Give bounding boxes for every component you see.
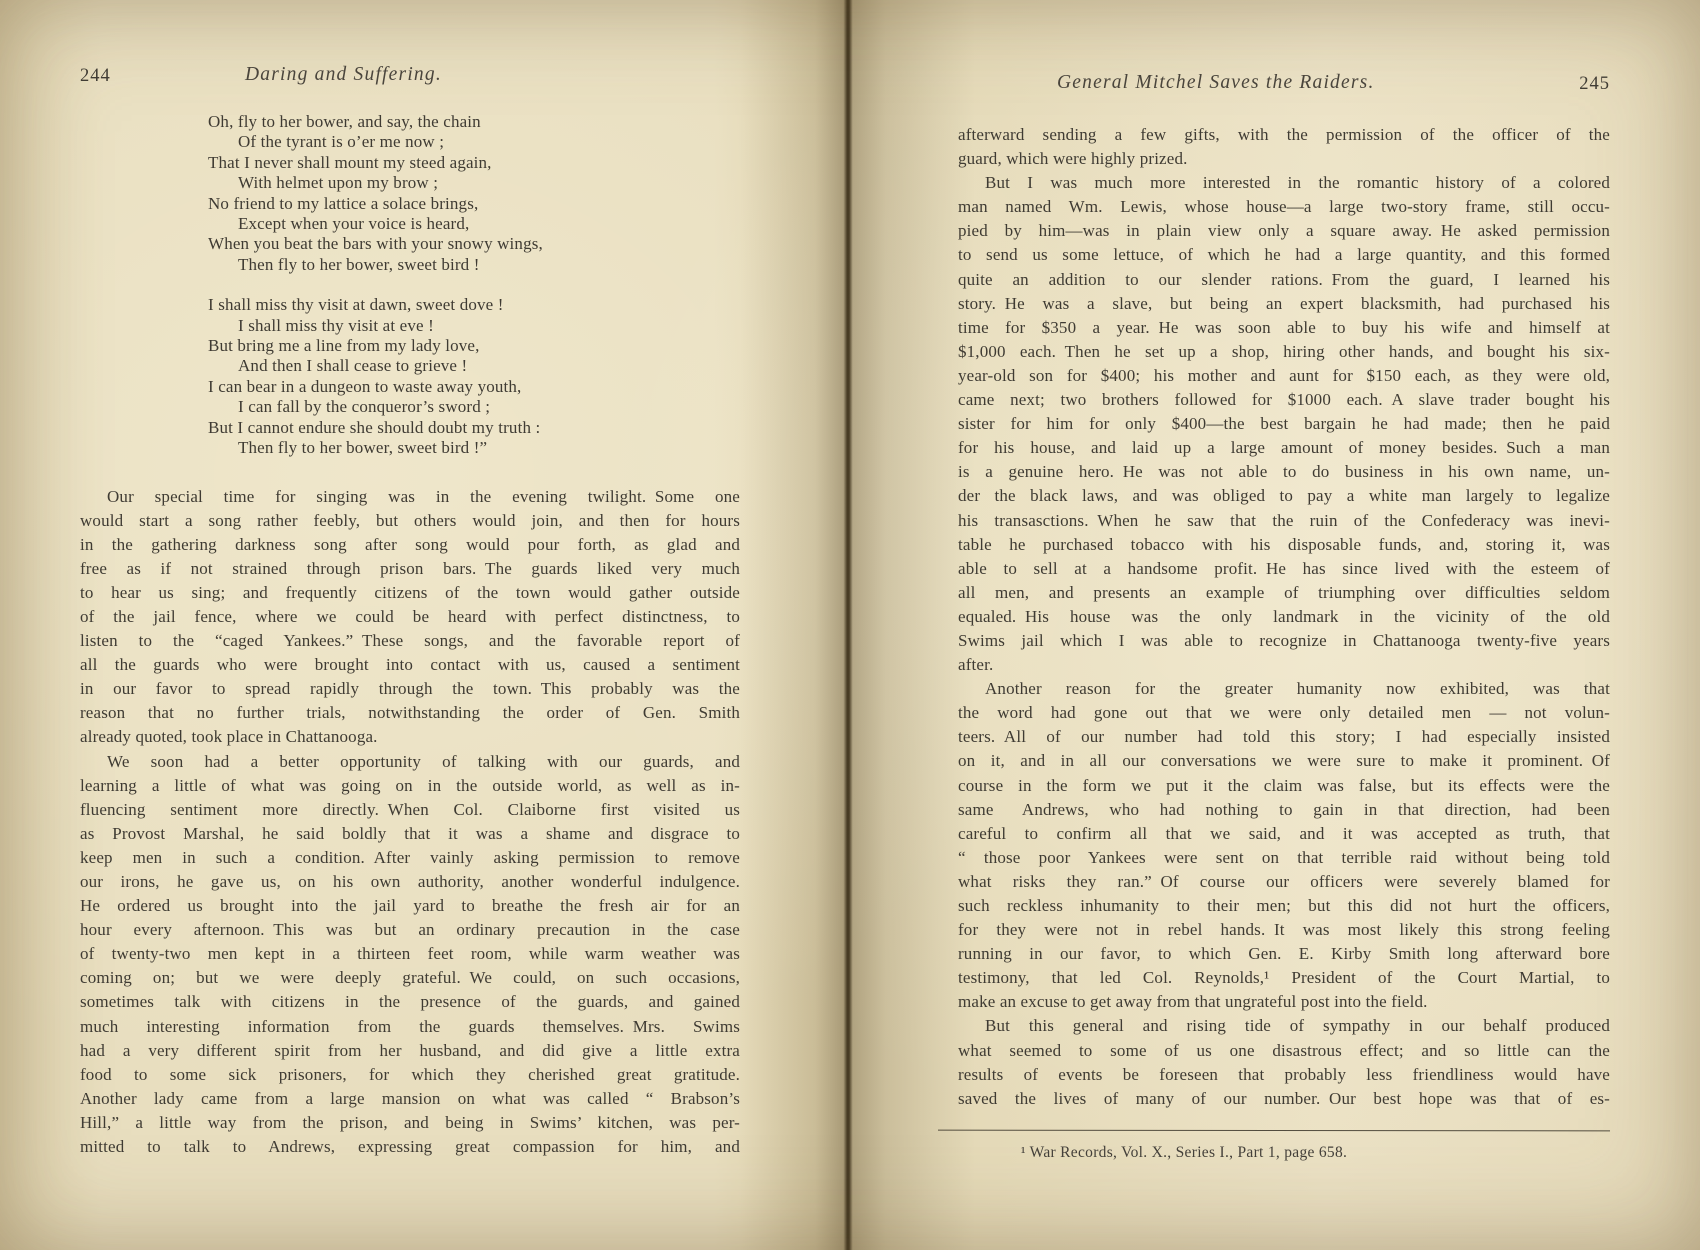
- text-line: story. He was a slave, but being an expe…: [958, 292, 1610, 316]
- text-line: With helmet upon my brow ;: [238, 173, 740, 193]
- text-line: equaled. His house was the only landmark…: [958, 605, 1610, 629]
- text-line: Of the tyrant is o’er me now ;: [238, 132, 740, 152]
- text-line: results of events be foreseen that proba…: [958, 1063, 1610, 1087]
- text-line: the word had gone out that we were only …: [958, 701, 1610, 725]
- footnote-text: ¹ War Records, Vol. X., Series I., Part …: [958, 1144, 1410, 1162]
- footnote-rule: [938, 1130, 1610, 1132]
- right-page: 245 General Mitchel Saves the Raiders. a…: [958, 0, 1610, 1250]
- text-line: all the guards who were brought into con…: [80, 653, 740, 677]
- text-line: But bring me a line from my lady love,: [208, 336, 740, 356]
- text-line: make an excuse to get away from that ung…: [958, 990, 1610, 1014]
- text-line: already quoted, took place in Chattanoog…: [80, 725, 740, 749]
- text-line: But this general and rising tide of symp…: [958, 1014, 1610, 1038]
- text-line: quite an addition to our slender rations…: [958, 268, 1610, 292]
- text-line: in the gathering darkness song after son…: [80, 533, 740, 557]
- text-line: mitted to talk to Andrews, expressing gr…: [80, 1135, 740, 1159]
- text-line: to send us some lettuce, of which he had…: [958, 243, 1610, 267]
- text-line: running in our favor, to which Gen. E. K…: [958, 942, 1610, 966]
- text-line: I shall miss thy visit at dawn, sweet do…: [208, 295, 740, 315]
- text-line: Oh, fly to her bower, and say, the chain: [208, 112, 740, 132]
- text-line: sometimes talk with citizens in the pres…: [80, 990, 740, 1014]
- text-line: of twenty-two men kept in a thirteen fee…: [80, 942, 740, 966]
- text-line: on it, and in all our conversations we w…: [958, 749, 1610, 773]
- left-page: 244 Daring and Suffering. Oh, fly to her…: [80, 0, 740, 1250]
- text-line: what risks they ran.” Of course our offi…: [958, 870, 1610, 894]
- text-line: learning a little of what was going on i…: [80, 774, 740, 798]
- text-line: teers. All of our number had told this s…: [958, 725, 1610, 749]
- text-line: careful to confirm all that we said, and…: [958, 822, 1610, 846]
- text-line: afterward sending a few gifts, with the …: [958, 123, 1610, 147]
- text-line: much interesting information from the gu…: [80, 1015, 740, 1039]
- text-line: had a very different spirit from her hus…: [80, 1039, 740, 1063]
- text-line: Another lady came from a large mansion o…: [80, 1087, 740, 1111]
- text-line: But I was much more interested in the ro…: [958, 171, 1610, 195]
- book-spread: 244 Daring and Suffering. Oh, fly to her…: [0, 0, 1700, 1250]
- text-line: is a genuine hero. He was not able to do…: [958, 460, 1610, 484]
- text-line: our irons, he gave us, on his own author…: [80, 870, 740, 894]
- text-line: year-old son for $400; his mother and au…: [958, 364, 1610, 388]
- text-line: “ those poor Yankees were sent on that t…: [958, 846, 1610, 870]
- text-line: would start a song rather feebly, but ot…: [80, 509, 740, 533]
- text-line: table he purchased tobacco with his disp…: [958, 533, 1610, 557]
- text-line: Then fly to her bower, sweet bird !”: [238, 438, 740, 458]
- text-line: But I cannot endure she should doubt my …: [208, 418, 740, 438]
- text-line: saved the lives of many of our number. O…: [958, 1087, 1610, 1111]
- text-line: time for $350 a year. He was soon able t…: [958, 316, 1610, 340]
- text-line: sister for him for only $400—the best ba…: [958, 412, 1610, 436]
- text-line: his transasctions. When he saw that the …: [958, 509, 1610, 533]
- text-line: as Provost Marshal, he said boldly that …: [80, 822, 740, 846]
- text-line: guard, which were highly prized.: [958, 147, 1610, 171]
- text-line: $1,000 each. Then he set up a shop, hiri…: [958, 340, 1610, 364]
- text-line: came next; two brothers followed for $10…: [958, 388, 1610, 412]
- text-line: testimony, that led Col. Reynolds,¹ Pres…: [958, 966, 1610, 990]
- text-line: man named Wm. Lewis, whose house—a large…: [958, 195, 1610, 219]
- text-line: free as if not strained through prison b…: [80, 557, 740, 581]
- text-line: all men, and presents an example of triu…: [958, 581, 1610, 605]
- running-head-right: General Mitchel Saves the Raiders.: [1057, 72, 1375, 94]
- page-number-left: 244: [80, 66, 111, 87]
- text-line: [80, 275, 740, 295]
- text-line: I can bear in a dungeon to waste away yo…: [208, 377, 740, 397]
- text-line: Except when your voice is heard,: [238, 214, 740, 234]
- text-line: food to some sick prisoners, for which t…: [80, 1063, 740, 1087]
- text-line: such reckless inhumanity to their men; b…: [958, 894, 1610, 918]
- text-line: after.: [958, 653, 1610, 677]
- text-line: We soon had a better opportunity of talk…: [80, 750, 740, 774]
- text-line: course in the form we put it the claim w…: [958, 774, 1610, 798]
- page-number-right: 245: [1579, 74, 1610, 95]
- text-line: of the jail fence, where we could be hea…: [80, 605, 740, 629]
- text-line: coming on; but we were deeply grateful. …: [80, 966, 740, 990]
- text-line: pied by him—was in plain view only a squ…: [958, 219, 1610, 243]
- text-line: to hear us sing; and frequently citizens…: [80, 581, 740, 605]
- text-line: [80, 459, 740, 485]
- text-line: for his house, and laid up a large amoun…: [958, 436, 1610, 460]
- text-line: for they were not in rebel hands. It was…: [958, 918, 1610, 942]
- text-line: He ordered us brought into the jail yard…: [80, 894, 740, 918]
- text-line: able to sell at a handsome profit. He ha…: [958, 557, 1610, 581]
- text-line: reason that no further trials, notwithst…: [80, 701, 740, 725]
- text-line: When you beat the bars with your snowy w…: [208, 234, 740, 254]
- text-line: Swims jail which I was able to recognize…: [958, 629, 1610, 653]
- text-line: Our special time for singing was in the …: [80, 485, 740, 509]
- text-line: Then fly to her bower, sweet bird !: [238, 255, 740, 275]
- text-line: Another reason for the greater humanity …: [958, 677, 1610, 701]
- text-line: No friend to my lattice a solace brings,: [208, 194, 740, 214]
- text-line: der the black laws, and was obliged to p…: [958, 484, 1610, 508]
- text-line: That I never shall mount my steed again,: [208, 153, 740, 173]
- text-line: I can fall by the conqueror’s sword ;: [238, 397, 740, 417]
- text-line: Hill,” a little way from the prison, and…: [80, 1111, 740, 1135]
- text-line: fluencing sentiment more directly. When …: [80, 798, 740, 822]
- right-page-body: afterward sending a few gifts, with the …: [958, 123, 1610, 1111]
- text-line: And then I shall cease to grieve !: [238, 356, 740, 376]
- text-line: what seemed to some of us one disastrous…: [958, 1039, 1610, 1063]
- left-page-body: Oh, fly to her bower, and say, the chain…: [80, 112, 740, 1159]
- running-head-left: Daring and Suffering.: [245, 64, 442, 86]
- text-line: I shall miss thy visit at eve !: [238, 316, 740, 336]
- text-line: same Andrews, who had nothing to gain in…: [958, 798, 1610, 822]
- text-line: keep men in such a condition. After vain…: [80, 846, 740, 870]
- page-gutter-shadow: [740, 0, 975, 1250]
- text-line: listen to the “caged Yankees.” These son…: [80, 629, 740, 653]
- text-line: hour every afternoon. This was but an or…: [80, 918, 740, 942]
- text-line: in our favor to spread rapidly through t…: [80, 677, 740, 701]
